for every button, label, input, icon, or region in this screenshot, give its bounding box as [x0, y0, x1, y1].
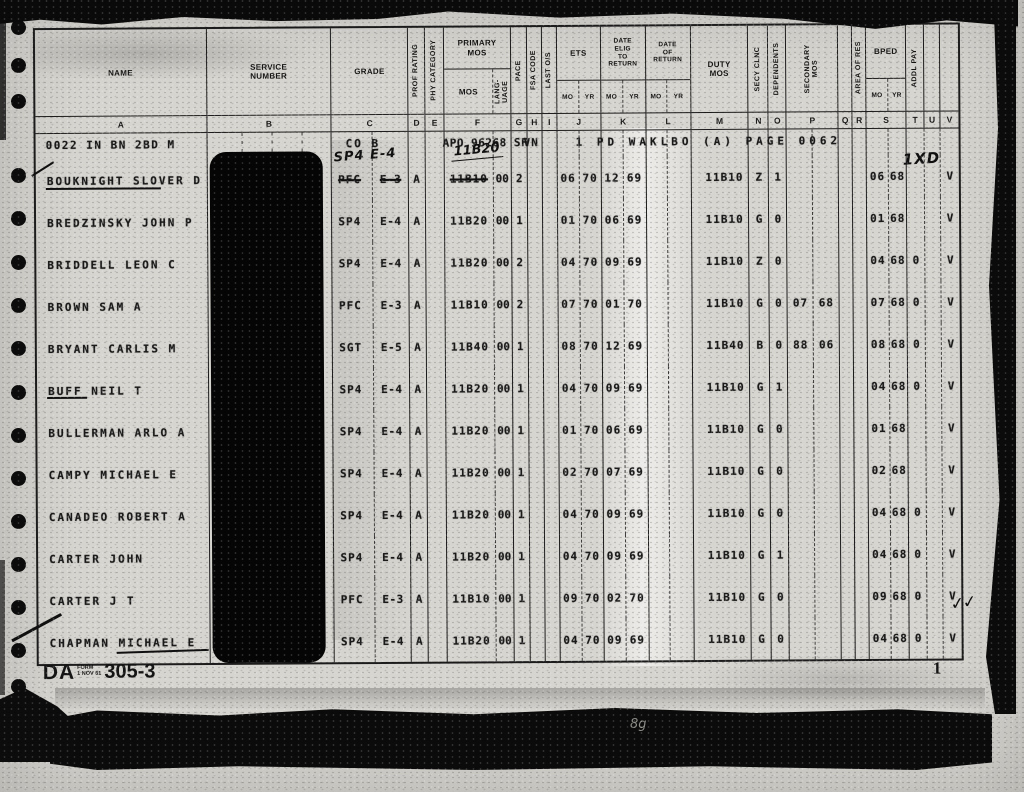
cell-fsa-code: [527, 131, 542, 157]
cell-ets-mo: 04: [560, 493, 582, 535]
cell-elig-mo: 02: [604, 577, 626, 619]
cell-grade: SP4: [334, 452, 375, 494]
cell-elig-mo: 12: [601, 157, 623, 199]
cell-primary-mos: 11B10: [445, 157, 494, 199]
cell-area-of-res: [853, 197, 867, 239]
cell-secondary-mos-2: [816, 617, 842, 659]
cell-language: 00: [494, 241, 512, 283]
cell-last-os: [543, 157, 558, 199]
cell-return-mo: [647, 282, 668, 324]
col-header-pace: PACE: [511, 27, 527, 113]
cell-primary-mos: 11B10: [447, 577, 496, 619]
cell-duty-mos: 11B10: [691, 156, 749, 198]
col-letter: U: [924, 112, 940, 128]
cell-last-os: [544, 367, 559, 409]
cell-secondary-mos-2: [816, 575, 842, 617]
mo-sublabel: MO: [866, 79, 888, 111]
cell-elig-yr: 69: [623, 156, 646, 198]
cell-language: 00: [494, 199, 512, 241]
cell-ets-yr: 70: [581, 451, 603, 493]
cell-return-yr: [669, 450, 693, 492]
cell-area-of-res: [854, 281, 868, 323]
cell-pay-grade: E-3: [374, 284, 410, 326]
cell-secondary-mos-1: [789, 533, 815, 575]
cell-last-os: [543, 199, 558, 241]
cell-pay-grade: E-3: [376, 578, 412, 620]
cell-secondary-mos-1: [788, 365, 814, 407]
date-return-subheader: MO YR: [646, 79, 690, 112]
cell-pace: 1: [513, 325, 529, 367]
cell-phy-category: [427, 410, 446, 452]
cell-area-of-res: [853, 129, 867, 155]
cell-duty-mos: 11B10: [693, 492, 751, 534]
cell-ets-yr: 70: [580, 199, 602, 241]
col-letter: P: [787, 112, 839, 128]
cell-elig-yr: 69: [626, 618, 649, 660]
cell-last-os: [544, 451, 559, 493]
cell-bped-mo: 02: [869, 449, 891, 491]
cell-return-mo: [648, 450, 669, 492]
col-header-addl-pay: ADDL PAY: [906, 25, 924, 111]
cell-prof-rating: [409, 132, 426, 158]
cell-prof-rating: A: [411, 536, 428, 578]
cell-fsa-code: [528, 157, 543, 199]
cell-return-yr: [668, 324, 692, 366]
punch-hole: [11, 298, 26, 313]
col-header-primary-mos: PRIMARY MOS MOS LANG- UAGE: [444, 27, 511, 113]
cell-duty-mos: 11B10: [693, 366, 751, 408]
cell-primary-mos: 11B20: [448, 619, 497, 661]
yr-sublabel: YR: [579, 81, 600, 113]
cell-dependents: 1: [770, 366, 788, 408]
cell-primary-mos: 11B40: [446, 325, 495, 367]
cell-duty-mos: 11B10: [692, 240, 750, 282]
cell-secondary-mos-1: [787, 129, 813, 155]
cell-pace: 1: [514, 619, 530, 661]
col-label: LANG- UAGE: [494, 79, 510, 104]
cell-elig-yr: 69: [625, 408, 648, 450]
cell-pay-grade: E-4: [373, 242, 409, 284]
cell-pay-grade: E-4: [375, 536, 411, 578]
cell-v: V: [941, 196, 959, 238]
table-header: NAME SERVICE NUMBER GRADE PROF RATING PH…: [35, 24, 959, 117]
cell-u: [927, 533, 943, 575]
cell-bped-mo: 04: [868, 365, 890, 407]
col-label: DEPENDENTS: [773, 42, 781, 95]
cell-pace: 1: [513, 451, 529, 493]
cell-name: CHAPMAN MICHAEL E: [39, 621, 211, 664]
cell-name: BRIDDELL LEON C: [36, 243, 208, 286]
primary-mos-subheader: MOS LANG- UAGE: [444, 68, 510, 113]
cell-return-mo: [647, 198, 668, 240]
cell-language: 00: [496, 493, 514, 535]
cell-phy-category: [427, 326, 446, 368]
cell-last-os: [543, 283, 558, 325]
cell-pay-grade: E-4: [375, 452, 411, 494]
cell-ets-mo: 09: [560, 577, 582, 619]
col-letter: S: [867, 112, 907, 128]
col-letter: A: [35, 116, 207, 133]
cell-return-mo: [646, 130, 667, 156]
punch-hole: [11, 428, 26, 443]
cell-fsa-code: [529, 325, 544, 367]
cell-grade: SP4: [334, 536, 375, 578]
col-letter: H: [527, 114, 542, 130]
cell-fsa-code: [530, 493, 545, 535]
cell-language: 00: [496, 619, 514, 661]
cell-primary-mos: 11B20: [446, 367, 495, 409]
cell-bped-yr: 68: [890, 281, 908, 323]
cell-pace: 1: [514, 535, 530, 577]
cell-secondary-mos-2: [815, 449, 841, 491]
cell-duty-mos: 11B40: [692, 324, 750, 366]
col-letter: F: [445, 114, 512, 130]
cell-last-os: [542, 131, 557, 157]
cell-return-yr: [668, 240, 692, 282]
cell-pace: 2: [512, 157, 528, 199]
table-row: BREDZINSKY JOHN P SP4 E-4 A 11B20 00 1 0…: [36, 196, 959, 244]
cell-grade: SP4: [334, 410, 375, 452]
scan-black-strip-right: [986, 0, 1016, 714]
cell-return-mo: [649, 576, 670, 618]
cell-q: [839, 129, 853, 155]
col-letter: O: [769, 113, 787, 129]
cell-pace: 1: [512, 199, 528, 241]
cell-ets-yr: 70: [582, 535, 604, 577]
cell-dependents: 0: [770, 240, 788, 282]
cell-duty-mos: 11B10: [694, 618, 752, 660]
cell-q: [839, 197, 853, 239]
cell-grade: SP4: [332, 200, 373, 242]
cell-language: 00: [495, 451, 513, 493]
cell-secy-clnc: Z: [749, 156, 769, 198]
cell-fsa-code: [529, 409, 544, 451]
col-label: DATE OF RETURN: [646, 26, 690, 79]
col-letter: R: [853, 112, 867, 128]
col-label: GRADE: [354, 66, 384, 75]
col-label: FSA CODE: [530, 50, 538, 90]
cell-prof-rating: A: [411, 578, 428, 620]
cell-q: [840, 365, 854, 407]
col-letter: N: [749, 113, 769, 129]
cell-name: CANADEO ROBERT A: [38, 495, 210, 538]
cell-pace: 1: [513, 367, 529, 409]
cell-grade: [332, 132, 373, 158]
punch-hole: [11, 600, 26, 615]
cell-secondary-mos-1: [790, 575, 816, 617]
cell-prof-rating: A: [410, 284, 427, 326]
cell-v: V: [943, 574, 961, 616]
roster-table-wrap: NAME SERVICE NUMBER GRADE PROF RATING PH…: [33, 22, 964, 666]
col-header-grade: GRADE: [331, 28, 408, 114]
cell-fsa-code: [530, 535, 545, 577]
cell-last-os: [545, 577, 560, 619]
cell-return-yr: [670, 534, 694, 576]
scan-edge-artifact: [0, 560, 5, 695]
scan-smudge: [55, 688, 985, 710]
punch-hole: [11, 471, 26, 486]
col-header-date-elig-return: DATE ELIG TO RETURN MO YR: [601, 26, 646, 112]
cell-elig-mo: 09: [604, 619, 626, 661]
cell-prof-rating: A: [412, 620, 429, 662]
cell-return-yr: [669, 492, 693, 534]
cell-v: V: [941, 280, 959, 322]
cell-elig-mo: 12: [602, 325, 624, 367]
cell-ets-yr: 70: [582, 577, 604, 619]
cell-ets-yr: 70: [582, 493, 604, 535]
cell-bped-yr: 68: [891, 449, 909, 491]
cell-duty-mos: 11B10: [692, 198, 750, 240]
cell-pace: 1: [514, 493, 530, 535]
cell-addl-pay: 0: [908, 281, 926, 323]
cell-area-of-res: [855, 449, 869, 491]
form-footer: DA FORM 1 NOV 61 305-3: [43, 661, 156, 683]
handwritten-stray-mark: 8g: [630, 717, 647, 732]
cell-grade: PFC: [333, 284, 374, 326]
cell-addl-pay: [909, 449, 927, 491]
yr-sublabel: YR: [888, 79, 905, 111]
cell-secy-clnc: G: [752, 576, 772, 618]
cell-duty-mos: 11B10: [694, 576, 752, 618]
cell-v: [941, 128, 959, 154]
cell-phy-category: [427, 284, 446, 326]
yr-sublabel: YR: [623, 80, 645, 112]
cell-area-of-res: [855, 533, 869, 575]
cell-name: CARTER J T: [38, 579, 210, 622]
roster-table: NAME SERVICE NUMBER GRADE PROF RATING PH…: [33, 22, 964, 666]
col-header-phy-category: PHY CATEGORY: [425, 28, 444, 114]
cell-ets-mo: 06: [558, 157, 580, 199]
cell-ets-mo: 02: [559, 451, 581, 493]
col-label: PACE: [515, 60, 523, 81]
cell-v: V: [941, 154, 959, 196]
col-header-dependents: DEPENDENTS: [768, 26, 786, 112]
cell-bped-yr: 68: [889, 239, 907, 281]
cell-dependents: 0: [769, 198, 787, 240]
cell-return-yr: [669, 408, 693, 450]
cell-last-os: [545, 619, 560, 661]
cell-return-mo: [648, 492, 669, 534]
cell-return-yr: [668, 282, 692, 324]
cell-grade: PFC: [332, 158, 373, 200]
cell-ets-yr: 70: [582, 619, 604, 661]
cell-u: [926, 281, 942, 323]
cell-addl-pay: 0: [908, 323, 926, 365]
cell-q: [840, 407, 854, 449]
cell-secy-clnc: G: [751, 492, 771, 534]
col-letter: B: [207, 115, 332, 132]
cell-addl-pay: [907, 155, 925, 197]
cell-area-of-res: [854, 365, 868, 407]
col-header-ets: ETS MO YR: [557, 27, 601, 113]
cell-v: V: [942, 322, 960, 364]
col-label: BPED: [866, 25, 905, 78]
punch-hole: [11, 643, 26, 658]
cell-prof-rating: A: [411, 494, 428, 536]
cell-q: [841, 491, 855, 533]
col-header-area-of-res: AREA OF RES: [852, 25, 866, 111]
cell-secy-clnc: Z: [750, 240, 770, 282]
cell-ets-yr: 70: [581, 367, 603, 409]
punch-hole: [11, 211, 26, 226]
cell-return-yr: [667, 130, 691, 156]
cell-pay-grade: E-4: [373, 200, 409, 242]
table-row: CARTER JOHN SP4 E-4 A 11B20 00 1 04 70 0…: [38, 532, 961, 580]
cell-secondary-mos-2: [815, 491, 841, 533]
cell-duty-mos: 11B10: [693, 450, 751, 492]
date-elig-subheader: MO YR: [601, 79, 645, 112]
cell-grade: SGT: [333, 326, 374, 368]
cell-secondary-mos-2: [813, 129, 839, 155]
cell-language: 00: [495, 409, 513, 451]
cell-primary-mos: 11B20: [446, 409, 495, 451]
col-letter: V: [940, 111, 958, 127]
cell-return-mo: [648, 408, 669, 450]
cell-bped-mo: 01: [868, 407, 890, 449]
col-letter: K: [601, 113, 646, 129]
cell-bped-yr: 68: [890, 323, 908, 365]
cell-elig-mo: 01: [602, 283, 624, 325]
cell-pace: 1: [514, 577, 530, 619]
cell-ets-yr: 70: [581, 409, 603, 451]
cell-return-mo: [649, 618, 670, 660]
cell-secy-clnc: G: [751, 450, 771, 492]
cell-v: V: [942, 448, 960, 490]
cell-q: [842, 617, 856, 659]
cell-bped-yr: 68: [891, 533, 909, 575]
punch-hole: [11, 168, 26, 183]
cell-elig-yr: 69: [624, 324, 647, 366]
cell-name: CARTER JOHN: [38, 537, 210, 580]
cell-ets-mo: 04: [558, 241, 580, 283]
cell-fsa-code: [528, 241, 543, 283]
cell-addl-pay: 0: [909, 575, 927, 617]
yr-sublabel: YR: [667, 80, 690, 112]
cell-pay-grade: E-4: [374, 410, 410, 452]
cell-secy-clnc: G: [749, 198, 769, 240]
cell-u: [927, 575, 943, 617]
cell-ets-yr: 70: [580, 241, 602, 283]
cell-bped-mo: 01: [867, 197, 889, 239]
cell-secondary-mos-2: [814, 239, 840, 281]
cell-q: [841, 449, 855, 491]
cell-bped-mo: 07: [868, 281, 890, 323]
cell-addl-pay: [907, 129, 925, 155]
cell-bped-mo: 04: [869, 533, 891, 575]
cell-v: V: [942, 364, 960, 406]
cell-pace: 2: [512, 283, 528, 325]
table-row: BUFF NEIL T SP4 E-4 A 11B20 00 1 04 70 0…: [37, 364, 960, 412]
cell-dependents: 1: [771, 534, 789, 576]
cell-fsa-code: [530, 619, 545, 661]
cell-secondary-mos-1: 07: [788, 281, 814, 323]
col-letter: E: [426, 115, 445, 131]
cell-u: [925, 239, 941, 281]
cell-u: [925, 129, 941, 155]
cell-dependents: 0: [771, 492, 789, 534]
cell-secy-clnc: G: [750, 282, 770, 324]
col-letter: J: [557, 114, 601, 130]
cell-phy-category: [427, 368, 446, 410]
cell-area-of-res: [853, 239, 867, 281]
cell-addl-pay: 0: [907, 239, 925, 281]
cell-u: [926, 407, 942, 449]
col-header-name: NAME: [35, 29, 207, 116]
cell-addl-pay: [907, 197, 925, 239]
cell-ets-mo: 04: [560, 619, 582, 661]
cell-area-of-res: [854, 323, 868, 365]
cell-elig-yr: 69: [624, 198, 647, 240]
cell-ets-mo: 07: [558, 283, 580, 325]
cell-prof-rating: A: [410, 368, 427, 410]
cell-primary-mos: 11B20: [447, 451, 496, 493]
cell-q: [842, 575, 856, 617]
cell-bped-yr: 68: [890, 407, 908, 449]
col-label: AREA OF RES: [855, 42, 863, 95]
cell-q: [841, 533, 855, 575]
cell-grade: PFC: [335, 578, 376, 620]
cell-bped-yr: 68: [890, 365, 908, 407]
cell-area-of-res: [853, 155, 867, 197]
cell-return-yr: [667, 156, 691, 198]
cell-elig-yr: 69: [625, 366, 648, 408]
cell-dependents: 0: [772, 618, 790, 660]
cell-v: V: [943, 490, 961, 532]
scanned-roster-page: NAME SERVICE NUMBER GRADE PROF RATING PH…: [0, 0, 1024, 792]
cell-addl-pay: [908, 407, 926, 449]
cell-elig-yr: 69: [625, 492, 648, 534]
cell-u: [927, 491, 943, 533]
cell-u: [926, 323, 942, 365]
cell-q: [839, 239, 853, 281]
cell-secy-clnc: [749, 130, 769, 156]
cell-bped-mo: [867, 129, 889, 155]
page-number: 1: [933, 659, 942, 679]
cell-secondary-mos-2: [813, 155, 839, 197]
cell-phy-category: [426, 158, 445, 200]
cell-phy-category: [428, 578, 447, 620]
col-label: PHY CATEGORY: [430, 40, 438, 101]
mo-sublabel: MO: [601, 81, 623, 113]
col-label: DATE ELIG TO RETURN: [601, 26, 645, 79]
cell-name: [36, 133, 208, 160]
redaction-block: [210, 151, 326, 663]
bped-subheader: MO YR: [866, 78, 905, 111]
table-row: CARTER J T PFC E-3 A 11B10 00 1 09 70 02…: [38, 574, 961, 622]
col-header-v: [940, 24, 958, 110]
col-letter: G: [511, 114, 527, 130]
col-header-q: [838, 25, 852, 111]
cell-area-of-res: [856, 617, 870, 659]
cell-elig-yr: 70: [626, 576, 649, 618]
cell-dependents: 0: [771, 408, 789, 450]
form-edition-label: FORM 1 NOV 61: [77, 665, 101, 678]
table-row: BROWN SAM A PFC E-3 A 11B10 00 2 07 70 0…: [36, 280, 959, 328]
cell-last-os: [545, 535, 560, 577]
cell-secondary-mos-2: 06: [814, 323, 840, 365]
col-letter: M: [691, 113, 749, 129]
col-label: PRIMARY MOS: [444, 27, 510, 68]
cell-u: [925, 197, 941, 239]
cell-bped-yr: [889, 129, 907, 155]
col-label: LAST O/S: [545, 52, 553, 88]
cell-secondary-mos-1: [787, 155, 813, 197]
cell-addl-pay: 0: [909, 533, 927, 575]
cell-primary-mos: [445, 131, 494, 157]
rows-container: BOUKNIGHT SLOVER D PFC E-3 A 11B10 00 2 …: [36, 128, 962, 664]
punch-hole: [11, 385, 26, 400]
cell-last-os: [545, 493, 560, 535]
